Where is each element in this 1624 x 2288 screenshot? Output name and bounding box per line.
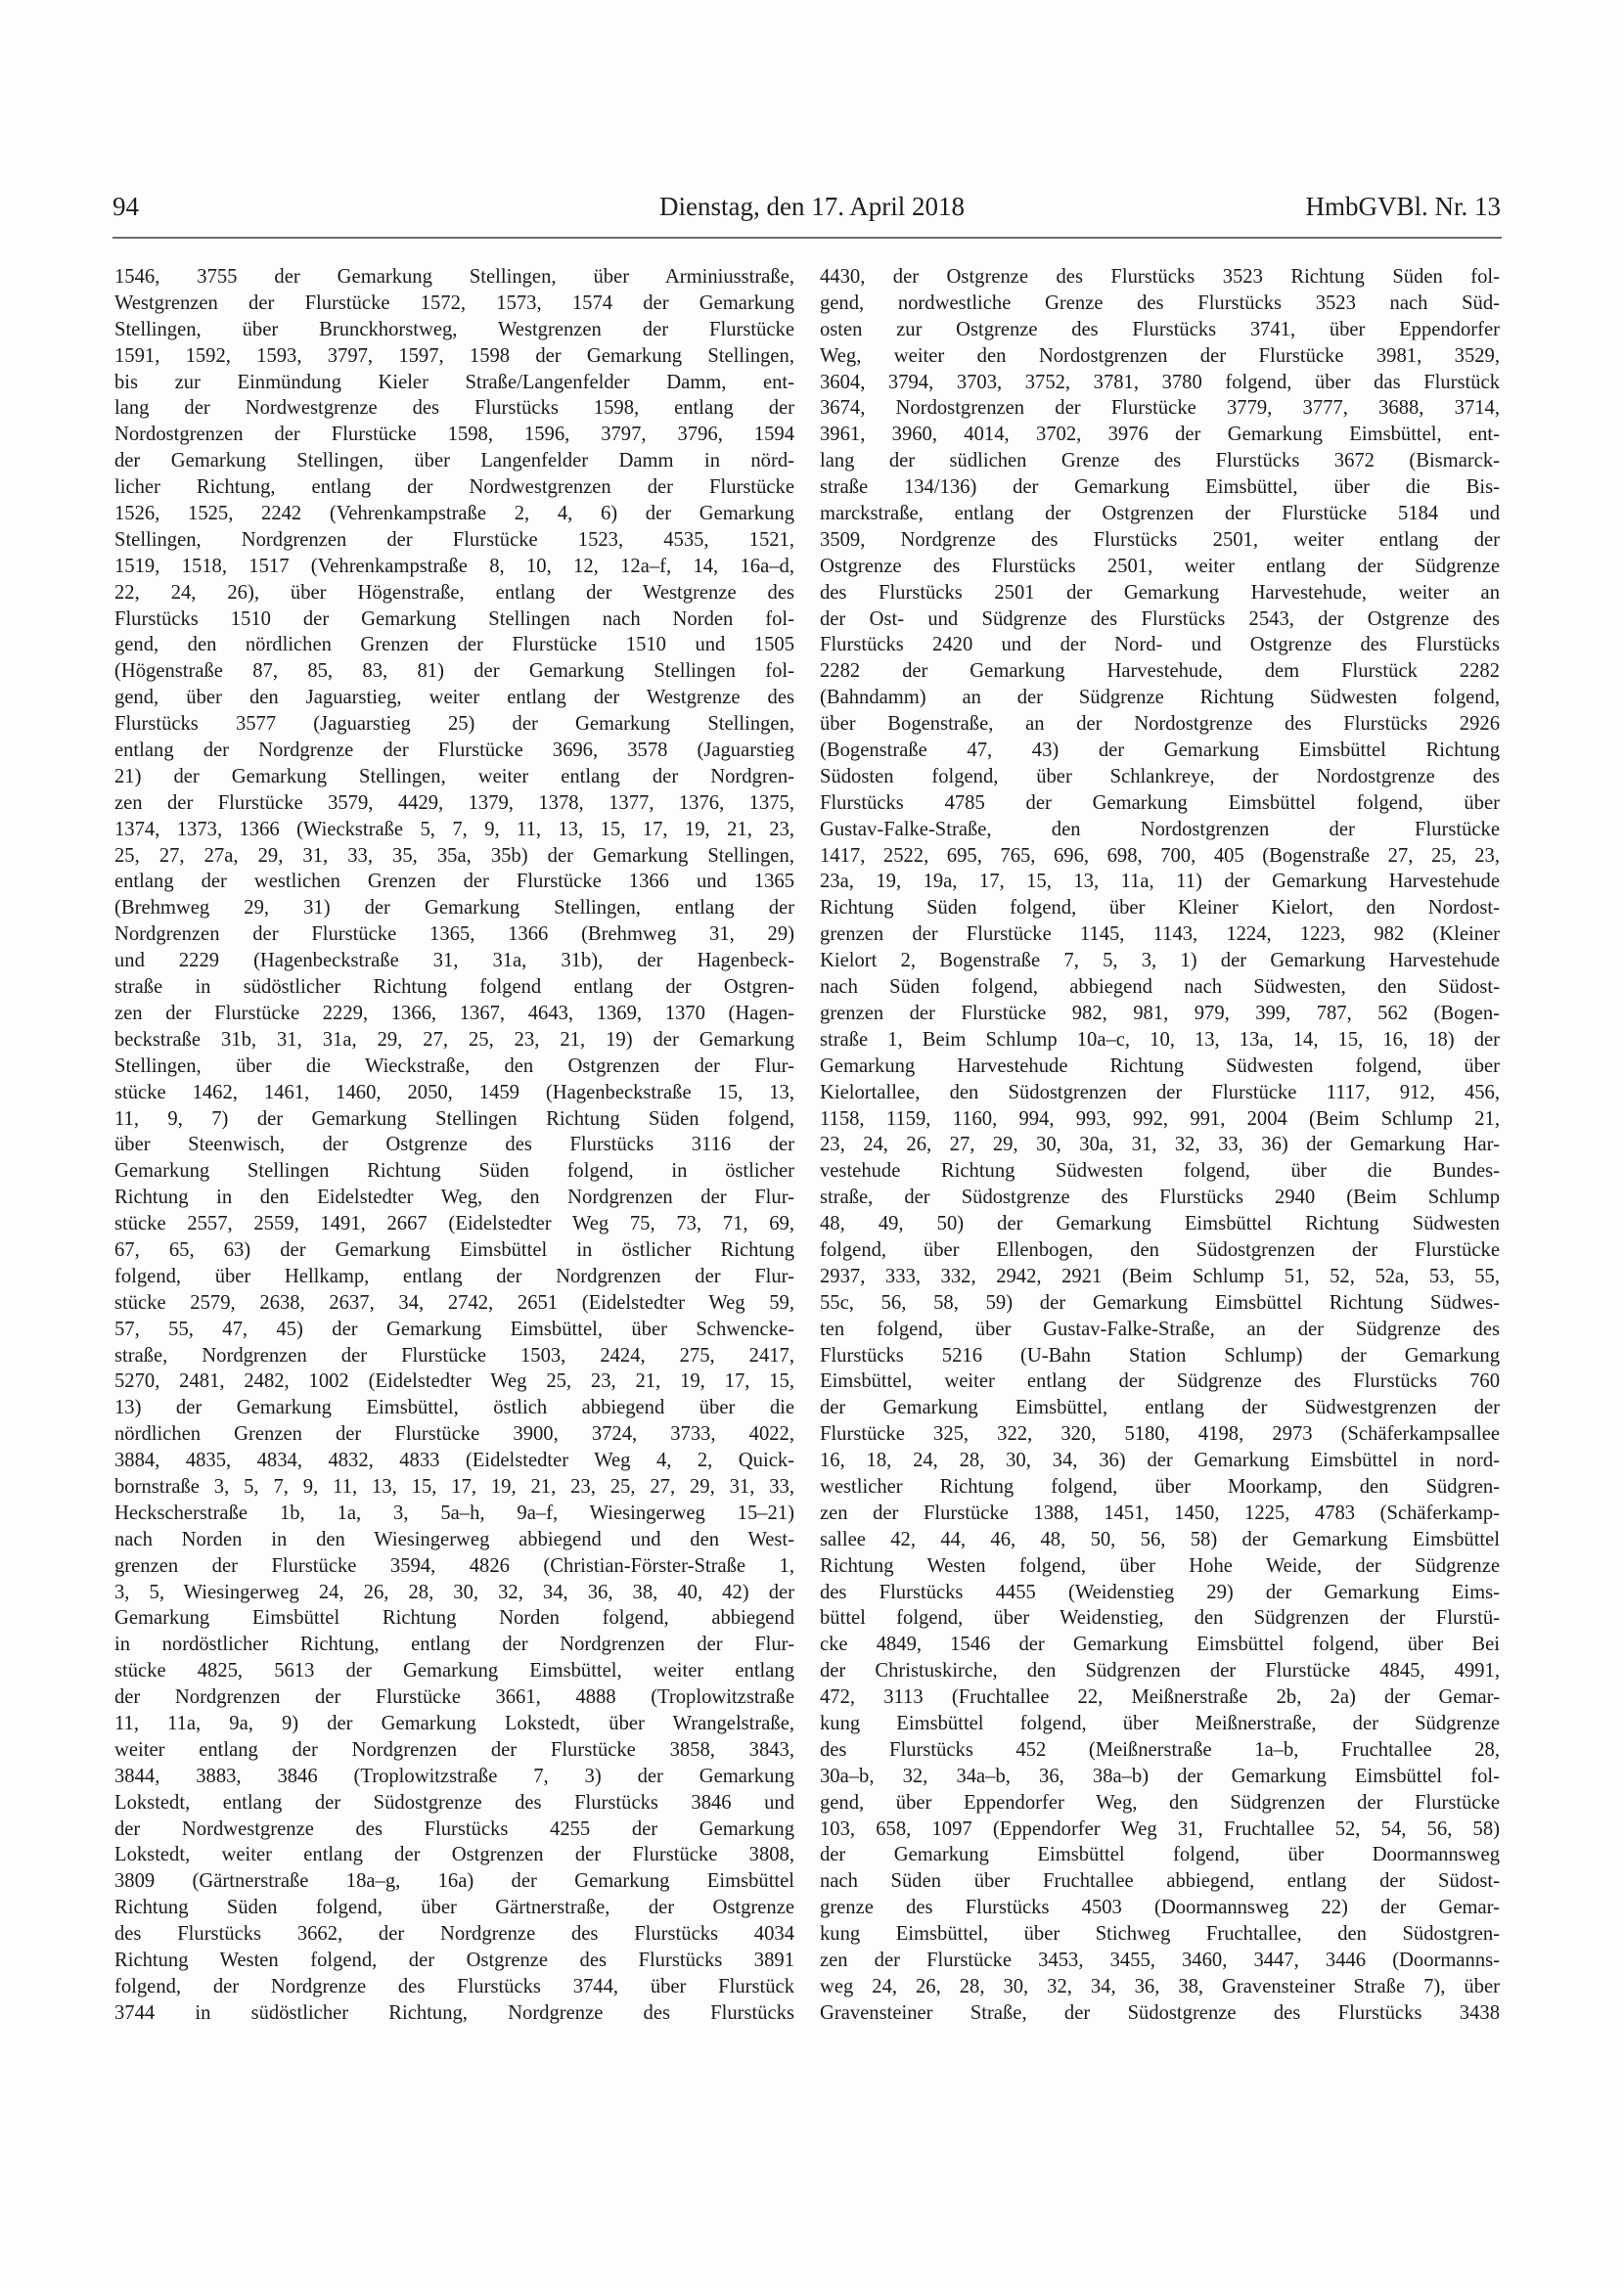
text-line: Weg, weiter den Nordostgrenzen der Flurs…	[820, 343, 1500, 370]
text-line: 472, 3113 (Fruchtallee 22, Meißnerstraße…	[820, 1684, 1500, 1711]
text-line: Lokstedt, entlang der Südostgrenze des F…	[114, 1790, 794, 1817]
text-line: 5270, 2481, 2482, 1002 (Eidelstedter Weg…	[114, 1368, 794, 1395]
text-line: gend, über den Jaguarstieg, weiter entla…	[114, 685, 794, 711]
text-line: Stellingen, über Brunckhorstweg, Westgre…	[114, 317, 794, 343]
text-line: 4430, der Ostgrenze des Flurstücks 3523 …	[820, 264, 1500, 291]
document-page: 94 Dienstag, den 17. April 2018 HmbGVBl.…	[0, 0, 1624, 2288]
text-line: sallee 42, 44, 46, 48, 50, 56, 58) der G…	[820, 1527, 1500, 1553]
text-line: (Bogenstraße 47, 43) der Gemarkung Eimsb…	[820, 738, 1500, 764]
text-line: der Gemarkung Eimsbüttel folgend, über D…	[820, 1842, 1500, 1868]
text-line: osten zur Ostgrenze des Flurstücks 3741,…	[820, 317, 1500, 343]
text-line: stücke 1462, 1461, 1460, 2050, 1459 (Hag…	[114, 1080, 794, 1106]
text-line: 2282 der Gemarkung Harvestehude, dem Flu…	[820, 658, 1500, 685]
text-line: Gustav-Falke-Straße, den Nordostgrenzen …	[820, 817, 1500, 843]
text-line: Richtung Süden folgend, über Gärtnerstra…	[114, 1895, 794, 1921]
text-line: Stellingen, Nordgrenzen der Flurstücke 1…	[114, 527, 794, 554]
text-line: folgend, der Nordgrenze des Flurstücks 3…	[114, 1974, 794, 2000]
text-line: Heckscherstraße 1b, 1a, 3, 5a–h, 9a–f, W…	[114, 1501, 794, 1527]
text-line: westlicher Richtung folgend, über Moorka…	[820, 1474, 1500, 1501]
text-column-left: 1546, 3755 der Gemarkung Stellingen, übe…	[114, 264, 794, 2027]
text-line: des Flurstücks 452 (Meißnerstraße 1a–b, …	[820, 1737, 1500, 1764]
text-line: der Gemarkung Eimsbüttel, entlang der Sü…	[820, 1395, 1500, 1421]
text-line: grenzen der Flurstücke 1145, 1143, 1224,…	[820, 921, 1500, 948]
text-line: Kielort 2, Bogenstraße 7, 5, 3, 1) der G…	[820, 948, 1500, 974]
text-line: stücke 2557, 2559, 1491, 2667 (Eidelsted…	[114, 1211, 794, 1237]
text-line: Gravensteiner Straße, der Südostgrenze d…	[820, 2000, 1500, 2027]
text-line: der Christuskirche, den Südgrenzen der F…	[820, 1658, 1500, 1684]
text-line: der Nordgrenzen der Flurstücke 3661, 488…	[114, 1684, 794, 1711]
text-line: Flurstücks 3577 (Jaguarstieg 25) der Gem…	[114, 711, 794, 738]
text-line: 1546, 3755 der Gemarkung Stellingen, übe…	[114, 264, 794, 291]
text-line: folgend, über Ellenbogen, den Südostgren…	[820, 1237, 1500, 1264]
text-line: 3, 5, Wiesingerweg 24, 26, 28, 30, 32, 3…	[114, 1580, 794, 1606]
text-line: Flurstücke 325, 322, 320, 5180, 4198, 29…	[820, 1421, 1500, 1448]
text-line: nördlichen Grenzen der Flurstücke 3900, …	[114, 1421, 794, 1448]
text-line: 3674, Nordostgrenzen der Flurstücke 3779…	[820, 395, 1500, 422]
text-line: 23, 24, 26, 27, 29, 30, 30a, 31, 32, 33,…	[820, 1132, 1500, 1158]
text-line: kung Eimsbüttel, über Stichweg Fruchtall…	[820, 1921, 1500, 1948]
text-line: zen der Flurstücke 3579, 4429, 1379, 137…	[114, 790, 794, 817]
text-line: Richtung Süden folgend, über Kleiner Kie…	[820, 895, 1500, 921]
text-line: Gemarkung Eimsbüttel Richtung Norden fol…	[114, 1605, 794, 1632]
text-line: 1158, 1159, 1160, 994, 993, 992, 991, 20…	[820, 1106, 1500, 1133]
text-line: beckstraße 31b, 31, 31a, 29, 27, 25, 23,…	[114, 1027, 794, 1054]
text-line: grenzen der Flurstücke 982, 981, 979, 39…	[820, 1001, 1500, 1027]
text-line: 1519, 1518, 1517 (Vehrenkampstraße 8, 10…	[114, 554, 794, 580]
text-line: Kielortallee, den Südostgrenzen der Flur…	[820, 1080, 1500, 1106]
text-line: entlang der westlichen Grenzen der Flurs…	[114, 869, 794, 895]
text-line: bornstraße 3, 5, 7, 9, 11, 13, 15, 17, 1…	[114, 1474, 794, 1501]
text-line: 13) der Gemarkung Eimsbüttel, östlich ab…	[114, 1395, 794, 1421]
text-line: über Steenwisch, der Ostgrenze des Flurs…	[114, 1132, 794, 1158]
text-line: straße 1, Beim Schlump 10a–c, 10, 13, 13…	[820, 1027, 1500, 1054]
text-line: 3844, 3883, 3846 (Troplowitzstraße 7, 3)…	[114, 1764, 794, 1790]
text-line: Nordgrenzen der Flurstücke 1365, 1366 (B…	[114, 921, 794, 948]
text-line: 22, 24, 26), über Högenstraße, entlang d…	[114, 580, 794, 606]
text-line: 103, 658, 1097 (Eppendorfer Weg 31, Fruc…	[820, 1817, 1500, 1843]
text-line: 1417, 2522, 695, 765, 696, 698, 700, 405…	[820, 843, 1500, 870]
text-line: Flurstücks 5216 (U-Bahn Station Schlump)…	[820, 1343, 1500, 1369]
text-line: Nordostgrenzen der Flurstücke 1598, 1596…	[114, 422, 794, 448]
text-line: entlang der Nordgrenze der Flurstücke 36…	[114, 738, 794, 764]
text-line: gend, nordwestliche Grenze des Flurstück…	[820, 291, 1500, 317]
text-line: Richtung Westen folgend, der Ostgrenze d…	[114, 1948, 794, 1974]
text-line: Südosten folgend, über Schlankreye, der …	[820, 764, 1500, 790]
text-line: 30a–b, 32, 34a–b, 36, 38a–b) der Gemarku…	[820, 1764, 1500, 1790]
text-line: Flurstücks 1510 der Gemarkung Stellingen…	[114, 606, 794, 633]
text-line: lang der Nordwestgrenze des Flurstücks 1…	[114, 395, 794, 422]
text-line: (Bahndamm) an der Südgrenze Richtung Süd…	[820, 685, 1500, 711]
text-line: 3809 (Gärtnerstraße 18a–g, 16a) der Gema…	[114, 1868, 794, 1895]
text-line: Gemarkung Stellingen Richtung Süden folg…	[114, 1158, 794, 1185]
text-line: nach Süden folgend, abbiegend nach Südwe…	[820, 974, 1500, 1001]
text-line: 57, 55, 47, 45) der Gemarkung Eimsbüttel…	[114, 1317, 794, 1343]
text-line: Westgrenzen der Flurstücke 1572, 1573, 1…	[114, 291, 794, 317]
text-line: (Högenstraße 87, 85, 83, 81) der Gemarku…	[114, 658, 794, 685]
text-line: Gemarkung Harvestehude Richtung Südweste…	[820, 1054, 1500, 1080]
text-line: der Gemarkung Stellingen, über Langenfel…	[114, 448, 794, 474]
text-line: 11, 11a, 9a, 9) der Gemarkung Lokstedt, …	[114, 1711, 794, 1737]
text-line: marckstraße, entlang der Ostgrenzen der …	[820, 501, 1500, 527]
text-column-right: 4430, der Ostgrenze des Flurstücks 3523 …	[820, 264, 1500, 2027]
text-line: 1374, 1373, 1366 (Wieckstraße 5, 7, 9, 1…	[114, 817, 794, 843]
text-line: grenzen der Flurstücke 3594, 4826 (Chris…	[114, 1553, 794, 1580]
text-line: straße 134/136) der Gemarkung Eimsbüttel…	[820, 474, 1500, 501]
text-line: Stellingen, über die Wieckstraße, den Os…	[114, 1054, 794, 1080]
text-line: des Flurstücks 2501 der Gemarkung Harves…	[820, 580, 1500, 606]
text-line: (Brehmweg 29, 31) der Gemarkung Stelling…	[114, 895, 794, 921]
text-line: 23a, 19, 19a, 17, 15, 13, 11a, 11) der G…	[820, 869, 1500, 895]
text-line: Richtung Westen folgend, über Hohe Weide…	[820, 1553, 1500, 1580]
text-line: nach Norden in den Wiesingerweg abbiegen…	[114, 1527, 794, 1553]
text-line: Eimsbüttel, weiter entlang der Südgrenze…	[820, 1368, 1500, 1395]
text-line: stücke 2579, 2638, 2637, 34, 2742, 2651 …	[114, 1290, 794, 1317]
text-line: zen der Flurstücke 3453, 3455, 3460, 344…	[820, 1948, 1500, 1974]
text-line: gend, über Eppendorfer Weg, den Südgrenz…	[820, 1790, 1500, 1817]
text-line: 2937, 333, 332, 2942, 2921 (Beim Schlump…	[820, 1264, 1500, 1290]
text-line: 3744 in südöstlicher Richtung, Nordgrenz…	[114, 2000, 794, 2027]
text-line: grenze des Flurstücks 4503 (Doormannsweg…	[820, 1895, 1500, 1921]
text-line: Flurstücks 2420 und der Nord- und Ostgre…	[820, 632, 1500, 658]
text-line: licher Richtung, entlang der Nordwestgre…	[114, 474, 794, 501]
text-line: kung Eimsbüttel folgend, über Meißnerstr…	[820, 1711, 1500, 1737]
text-line: zen der Flurstücke 1388, 1451, 1450, 122…	[820, 1501, 1500, 1527]
text-line: 1526, 1525, 2242 (Vehrenkampstraße 2, 4,…	[114, 501, 794, 527]
text-line: vestehude Richtung Südwesten folgend, üb…	[820, 1158, 1500, 1185]
text-line: cke 4849, 1546 der Gemarkung Eimsbüttel …	[820, 1632, 1500, 1658]
text-line: 3961, 3960, 4014, 3702, 3976 der Gemarku…	[820, 422, 1500, 448]
text-line: 1591, 1592, 1593, 3797, 1597, 1598 der G…	[114, 343, 794, 370]
text-line: stücke 4825, 5613 der Gemarkung Eimsbütt…	[114, 1658, 794, 1684]
text-line: Ostgrenze des Flurstücks 2501, weiter en…	[820, 554, 1500, 580]
text-line: 3884, 4835, 4834, 4832, 4833 (Eidelstedt…	[114, 1448, 794, 1474]
text-line: Lokstedt, weiter entlang der Ostgrenzen …	[114, 1842, 794, 1868]
text-line: zen der Flurstücke 2229, 1366, 1367, 464…	[114, 1001, 794, 1027]
text-line: 55c, 56, 58, 59) der Gemarkung Eimsbütte…	[820, 1290, 1500, 1317]
text-line: nach Süden über Fruchtallee abbiegend, e…	[820, 1868, 1500, 1895]
text-line: straße, der Südostgrenze des Flurstücks …	[820, 1185, 1500, 1211]
text-line: weiter entlang der Nordgrenzen der Flurs…	[114, 1737, 794, 1764]
text-line: 48, 49, 50) der Gemarkung Eimsbüttel Ric…	[820, 1211, 1500, 1237]
text-line: büttel folgend, über Weidenstieg, den Sü…	[820, 1605, 1500, 1632]
gazette-issue: HmbGVBl. Nr. 13	[1305, 192, 1501, 222]
text-line: Richtung in den Eidelstedter Weg, den No…	[114, 1185, 794, 1211]
text-line: in nordöstlicher Richtung, entlang der N…	[114, 1632, 794, 1658]
text-line: 16, 18, 24, 28, 30, 34, 36) der Gemarkun…	[820, 1448, 1500, 1474]
text-line: der Nordwestgrenze des Flurstücks 4255 d…	[114, 1817, 794, 1843]
text-line: bis zur Einmündung Kieler Straße/Langenf…	[114, 370, 794, 396]
text-line: straße in südöstlicher Richtung folgend …	[114, 974, 794, 1001]
text-line: des Flurstücks 3662, der Nordgrenze des …	[114, 1921, 794, 1948]
text-line: 67, 65, 63) der Gemarkung Eimsbüttel in …	[114, 1237, 794, 1264]
text-line: folgend, über Hellkamp, entlang der Nord…	[114, 1264, 794, 1290]
text-line: weg 24, 26, 28, 30, 32, 34, 36, 38, Grav…	[820, 1974, 1500, 2000]
text-line: 21) der Gemarkung Stellingen, weiter ent…	[114, 764, 794, 790]
text-line: 3509, Nordgrenze des Flurstücks 2501, we…	[820, 527, 1500, 554]
text-line: Flurstücks 4785 der Gemarkung Eimsbüttel…	[820, 790, 1500, 817]
text-line: und 2229 (Hagenbeckstraße 31, 31a, 31b),…	[114, 948, 794, 974]
text-line: der Ost- und Südgrenze des Flurstücks 25…	[820, 606, 1500, 633]
text-line: 25, 27, 27a, 29, 31, 33, 35, 35a, 35b) d…	[114, 843, 794, 870]
text-line: 3604, 3794, 3703, 3752, 3781, 3780 folge…	[820, 370, 1500, 396]
text-line: über Bogenstraße, an der Nordostgrenze d…	[820, 711, 1500, 738]
text-line: lang der südlichen Grenze des Flurstücks…	[820, 448, 1500, 474]
text-line: ten folgend, über Gustav-Falke-Straße, a…	[820, 1317, 1500, 1343]
header-rule	[113, 237, 1502, 239]
text-line: straße, Nordgrenzen der Flurstücke 1503,…	[114, 1343, 794, 1369]
text-line: 11, 9, 7) der Gemarkung Stellingen Richt…	[114, 1106, 794, 1133]
text-line: des Flurstücks 4455 (Weidenstieg 29) der…	[820, 1580, 1500, 1606]
text-line: gend, den nördlichen Grenzen der Flurstü…	[114, 632, 794, 658]
